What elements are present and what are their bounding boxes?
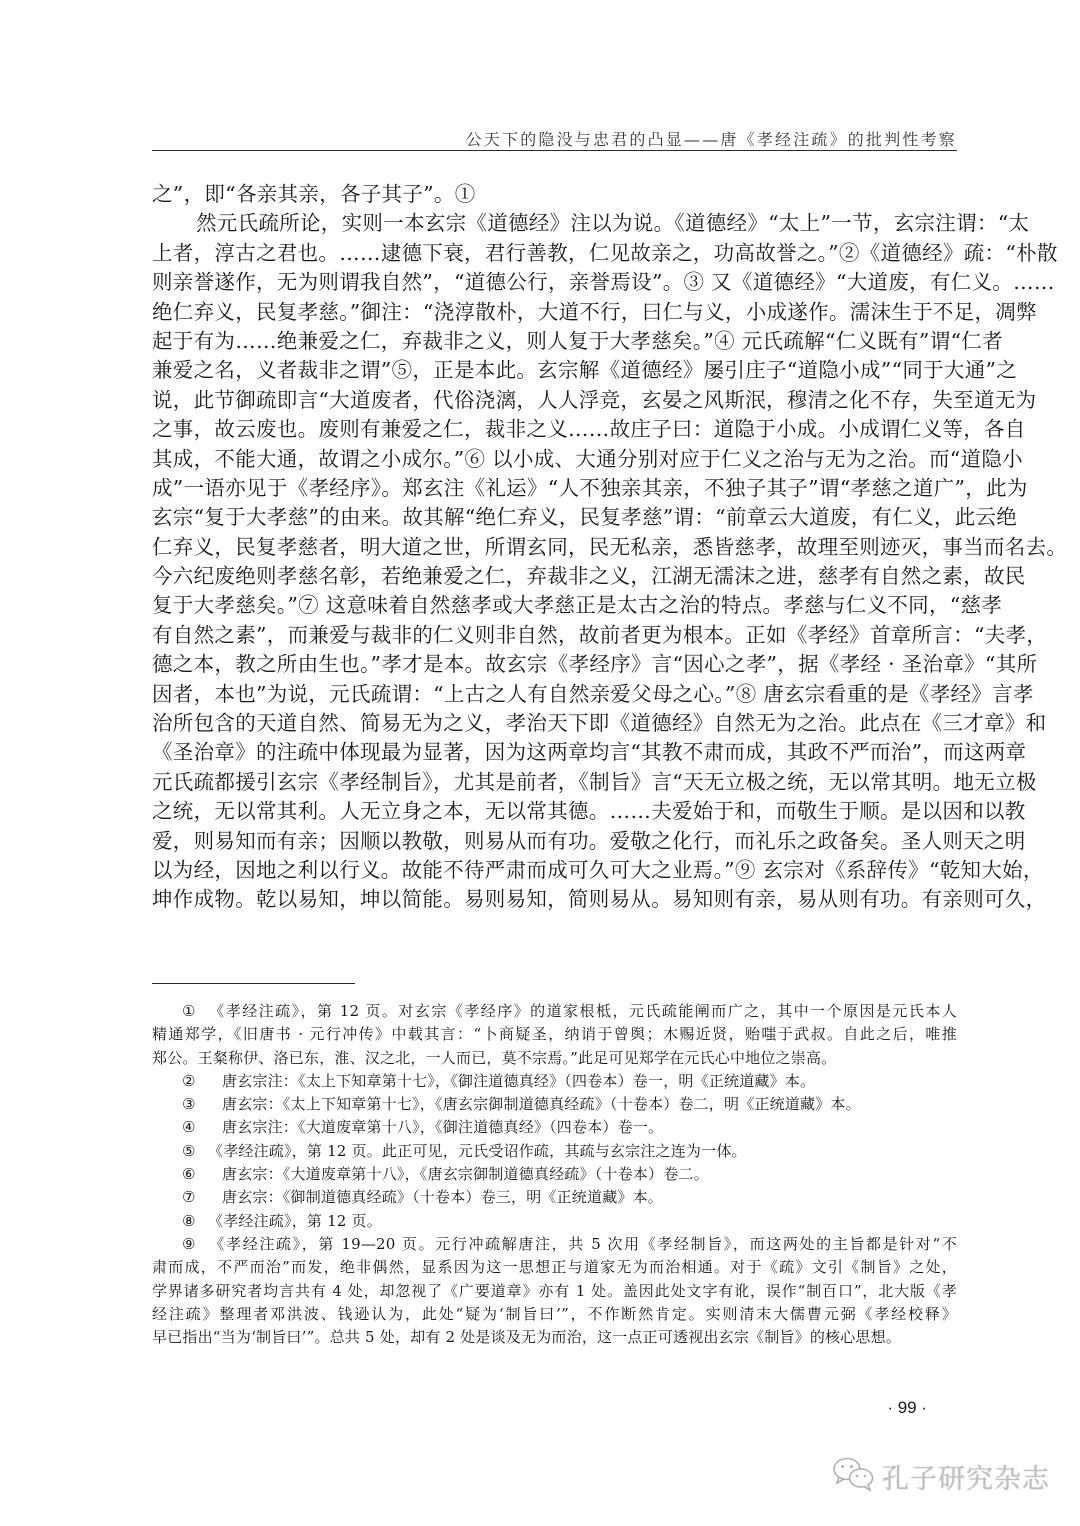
body-line: 之”，即“各亲其亲，各子其子”。① <box>152 180 957 209</box>
footnote-text: 《孝经注疏》，第 12 页。 <box>208 1212 382 1230</box>
footnote-line: 早已指出“当为‘制旨曰’”。总共 5 处，却有 2 处是谈及无为而治，这一点正可… <box>152 1326 957 1349</box>
footnote-line: ⑤《孝经注疏》，第 12 页。此正可见，元氏受诏作疏，其疏与玄宗注之连为一体。 <box>152 1140 957 1163</box>
journal-page: 公天下的隐没与忠君的凸显——唐《孝经注疏》的批判性考察 之”，即“各亲其亲，各子… <box>152 0 957 1526</box>
footnote-line: 学界诸多研究者均言共有 4 处，却忽视了《广要道章》亦有 1 处。盖因此处文字有… <box>152 1280 957 1303</box>
watermark-text: 孔子研究杂志 <box>882 1457 1050 1496</box>
footnote-line: 郑公。王粲称伊、洛已东，淮、汉之北，一人而已，莫不宗焉。”此足可见郑学在元氏心中… <box>152 1047 957 1070</box>
running-head: 公天下的隐没与忠君的凸显——唐《孝经注疏》的批判性考察 <box>466 127 957 150</box>
footnote-text: 早已指出“当为‘制旨曰’”。总共 5 处，却有 2 处是谈及无为而治，这一点正可… <box>152 1328 901 1346</box>
footnote-text: 《孝经注疏》，第 19—20 页。元行冲疏解唐注，共 5 次用《孝经制旨》，而这… <box>208 1235 957 1253</box>
body-line: 起于有为……绝兼爱之仁，弃裁非之义，则人复于大孝慈矣。”④ 元氏疏解“仁义既有”… <box>152 327 957 356</box>
body-line: 绝仁弃义，民复孝慈。”御注：“浇淳散朴，大道不行，曰仁与义，小成遂作。濡沫生于不… <box>152 298 957 327</box>
footnote-text: 学界诸多研究者均言共有 4 处，却忽视了《广要道章》亦有 1 处。盖因此处文字有… <box>152 1282 957 1300</box>
body-line: 坤作成物。乾以易知，坤以简能。易则易知，简则易从。易知则有亲，易从则有功。有亲则… <box>152 885 957 914</box>
page-number: · 99 · <box>152 1398 957 1418</box>
footnote-marker: ③ <box>182 1093 222 1116</box>
footnote-text: 唐玄宗注：《太上下知章第十七》，《御注道德真经》（四卷本）卷一，明《正统道藏》本… <box>222 1072 815 1090</box>
header-rule <box>152 150 957 151</box>
body-line: 之统，无以常其利。人无立身之本，无以常其德。……夫爱始于和，而敬生于顺。是以因和… <box>152 797 957 826</box>
footnote-line: 经注疏》整理者邓洪波、钱逊认为，此处“疑为‘制旨曰’”，不作断然肯定。实则清末大… <box>152 1303 957 1326</box>
footnote-text: 唐玄宗：《大道废章第十八》，《唐玄宗御制道德真经疏》（十卷本）卷二。 <box>222 1165 709 1183</box>
body-text: 之”，即“各亲其亲，各子其子”。①然元氏疏所论，实则一本玄宗《道德经》注以为说。… <box>152 180 957 915</box>
body-line: 则亲誉遂作，无为则谓我自然”，“道德公行，亲誉焉设”。③ 又《道德经》“大道废，… <box>152 268 957 297</box>
body-line: 德之本，教之所由生也。”孝才是本。故玄宗《孝经序》言“因心之孝”，据《孝经 · … <box>152 650 957 679</box>
footnote-marker: ④ <box>182 1116 222 1139</box>
footnote-line: ②唐玄宗注：《太上下知章第十七》，《御注道德真经》（四卷本）卷一，明《正统道藏》… <box>152 1070 957 1093</box>
footnote-text: 唐玄宗：《御制道德真经疏》（十卷本）卷三，明《正统道藏》本。 <box>222 1188 663 1206</box>
footnote-text: 肃而成，不严而治”而发，绝非偶然，显系因为这一思想正与道家无为而治相通。对于《疏… <box>152 1258 957 1276</box>
footnote-line: 肃而成，不严而治”而发，绝非偶然，显系因为这一思想正与道家无为而治相通。对于《疏… <box>152 1256 957 1279</box>
body-line: 《圣治章》的注疏中体现最为显著，因为这两章均言“其教不肃而成，其政不严而治”，而… <box>152 738 957 767</box>
body-line: 兼爱之名，义者裁非之谓”⑤，正是本此。玄宗解《道德经》屡引庄子“道隐小成”“同于… <box>152 356 957 385</box>
footnote-marker: ⑥ <box>182 1163 222 1186</box>
footnote-marker: ① <box>182 1000 208 1023</box>
footnote-marker: ② <box>182 1070 222 1093</box>
body-line: 有自然之素”，而兼爱与裁非的仁义则非自然，故前者更为根本。正如《孝经》首章所言：… <box>152 621 957 650</box>
footnotes: ①《孝经注疏》，第 12 页。对玄宗《孝经序》的道家根柢，元氏疏能阐而广之，其中… <box>152 1000 957 1349</box>
body-line: 其成，不能大通，故谓之小成尔。”⑥ 以小成、大通分别对应于仁义之治与无为之治。而… <box>152 445 957 474</box>
footnote-line: ③唐玄宗：《太上下知章第十七》，《唐玄宗御制道德真经疏》（十卷本）卷二，明《正统… <box>152 1093 957 1116</box>
footnote-line: ①《孝经注疏》，第 12 页。对玄宗《孝经序》的道家根柢，元氏疏能阐而广之，其中… <box>152 1000 957 1023</box>
body-line: 爱，则易知而有亲；因顺以教敬，则易从而有功。爱敬之化行，而礼乐之政备矣。圣人则天… <box>152 827 957 856</box>
footnote-separator <box>152 983 355 984</box>
body-line: 成”一语亦见于《孝经序》。郑玄注《礼运》“人不独亲其亲，不独子其子”谓“孝慈之道… <box>152 474 957 503</box>
footnote-text: 精通郑学，《旧唐书 · 元行冲传》中载其言：“卜商疑圣，纳诮于曾舆；木赐近贤，贻… <box>152 1025 957 1043</box>
page-number-text: · 99 · <box>887 1398 927 1418</box>
watermark: 孔子研究杂志 <box>832 1456 1050 1496</box>
footnote-line: ⑦唐玄宗：《御制道德真经疏》（十卷本）卷三，明《正统道藏》本。 <box>152 1186 957 1209</box>
footnote-text: 唐玄宗：《太上下知章第十七》，《唐玄宗御制道德真经疏》（十卷本）卷二，明《正统道… <box>222 1095 861 1113</box>
footnote-marker: ⑦ <box>182 1186 222 1209</box>
footnote-marker: ⑨ <box>182 1233 208 1256</box>
body-line: 上者，淳古之君也。……逮德下衰，君行善教，仁见故亲之，功高故誉之。”②《道德经》… <box>152 239 957 268</box>
footnote-text: 唐玄宗注：《大道废章第十八》，《御注道德真经》（四卷本）卷一。 <box>222 1118 663 1136</box>
wechat-icon <box>832 1456 876 1496</box>
footnote-marker: ⑧ <box>182 1210 208 1233</box>
footnote-line: ⑧《孝经注疏》，第 12 页。 <box>152 1210 957 1233</box>
body-line: 以为经，因地之利以行义。故能不待严肃而成可久可大之业焉。”⑨ 玄宗对《系辞传》“… <box>152 856 957 885</box>
footnote-line: ⑨《孝经注疏》，第 19—20 页。元行冲疏解唐注，共 5 次用《孝经制旨》，而… <box>152 1233 957 1256</box>
footnote-text: 经注疏》整理者邓洪波、钱逊认为，此处“疑为‘制旨曰’”，不作断然肯定。实则清末大… <box>152 1305 957 1323</box>
body-line: 元氏疏都援引玄宗《孝经制旨》，尤其是前者，《制旨》言“天无立极之统，无以常其明。… <box>152 768 957 797</box>
body-line: 复于大孝慈矣。”⑦ 这意味着自然慈孝或大孝慈正是太古之治的特点。孝慈与仁义不同，… <box>152 591 957 620</box>
body-line: 因者，本也”为说，元氏疏谓：“上古之人有自然亲爱父母之心。”⑧ 唐玄宗看重的是《… <box>152 680 957 709</box>
footnote-marker: ⑤ <box>182 1140 208 1163</box>
body-line: 治所包含的天道自然、简易无为之义，孝治天下即《道德经》自然无为之治。此点在《三才… <box>152 709 957 738</box>
body-line: 之事，故云废也。废则有兼爱之仁，裁非之义……故庄子曰：道隐于小成。小成谓仁义等，… <box>152 415 957 444</box>
footnote-text: 《孝经注疏》，第 12 页。此正可见，元氏受诏作疏，其疏与玄宗注之连为一体。 <box>208 1142 747 1160</box>
body-line: 说，此节御疏即言“大道废者，代俗浇漓，人人浮竞，玄晏之风斯泯，穆清之化不存，失至… <box>152 386 957 415</box>
footnote-line: 精通郑学，《旧唐书 · 元行冲传》中载其言：“卜商疑圣，纳诮于曾舆；木赐近贤，贻… <box>152 1023 957 1046</box>
body-line: 然元氏疏所论，实则一本玄宗《道德经》注以为说。《道德经》“太上”一节，玄宗注谓：… <box>152 209 957 238</box>
footnote-line: ⑥唐玄宗：《大道废章第十八》，《唐玄宗御制道德真经疏》（十卷本）卷二。 <box>152 1163 957 1186</box>
body-line: 玄宗“复于大孝慈”的由来。故其解“绝仁弃义，民复孝慈”谓：“前章云大道废，有仁义… <box>152 503 957 532</box>
footnote-text: 郑公。王粲称伊、洛已东，淮、汉之北，一人而已，莫不宗焉。”此足可见郑学在元氏心中… <box>152 1049 836 1067</box>
body-line: 仁弃义，民复孝慈者，明大道之世，所谓玄同，民无私亲，悉皆慈孝，故理至则迹灭，事当… <box>152 533 957 562</box>
footnote-text: 《孝经注疏》，第 12 页。对玄宗《孝经序》的道家根柢，元氏疏能阐而广之，其中一… <box>208 1002 957 1020</box>
footnote-line: ④唐玄宗注：《大道废章第十八》，《御注道德真经》（四卷本）卷一。 <box>152 1116 957 1139</box>
body-line: 今六纪废绝则孝慈名彰，若绝兼爱之仁，弃裁非之义，江湖无濡沫之进，慈孝有自然之素，… <box>152 562 957 591</box>
